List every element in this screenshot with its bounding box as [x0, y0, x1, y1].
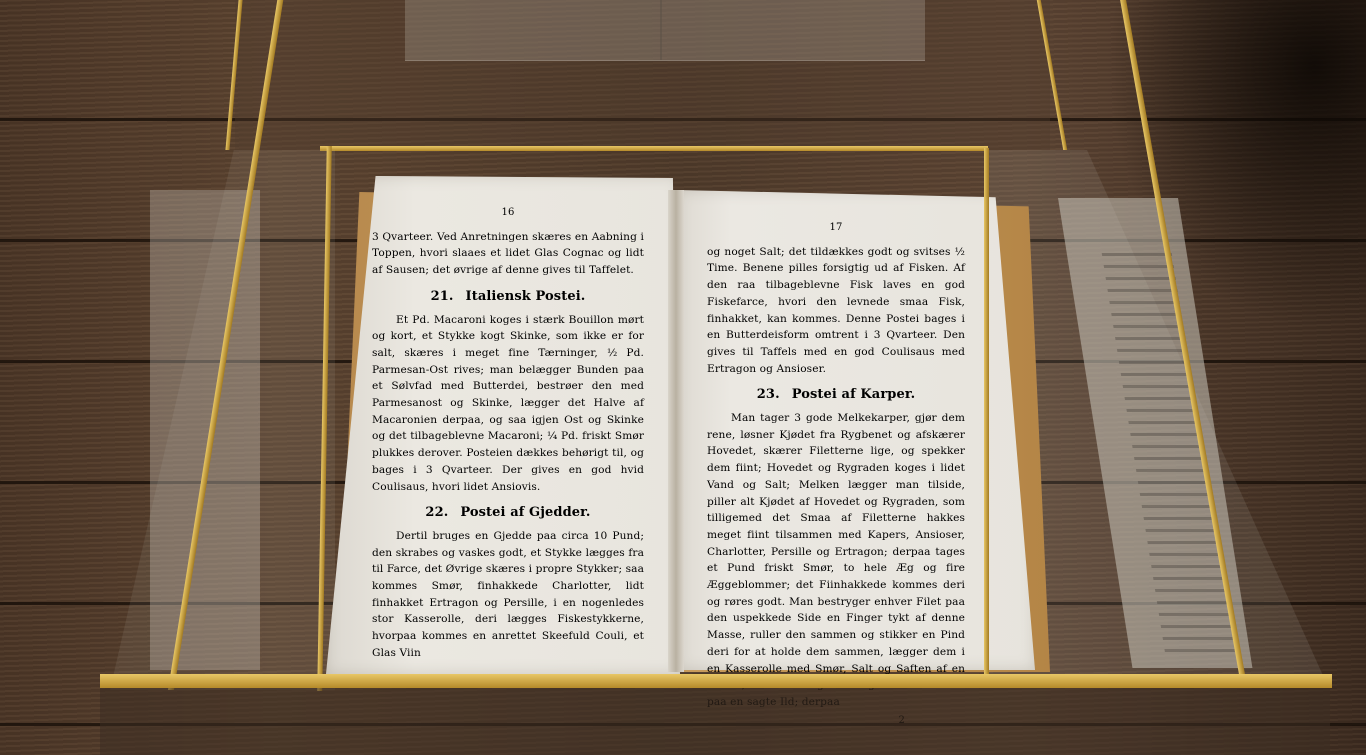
recipe-heading-21: 21.Italiensk Postei.: [372, 289, 644, 306]
recipe-number: 21.: [431, 289, 454, 304]
page-number-left: 16: [372, 205, 644, 222]
right-page-text: 17 og noget Salt; det tildækkes godt og …: [707, 220, 965, 729]
recipe-number: 22.: [425, 505, 448, 520]
brass-frame-back-rail: [320, 146, 988, 151]
recipe-body-21: Et Pd. Macaroni koges i stærk Bouillon m…: [372, 312, 644, 496]
recipe-number: 23.: [757, 387, 780, 402]
reflected-page-left: [150, 190, 260, 670]
brass-frame-post-inner-right: [984, 148, 989, 688]
recipe-heading-23: 23.Postei af Karper.: [707, 387, 965, 404]
left-page-text: 16 3 Qvarteer. Ved Anretningen skæres en…: [372, 205, 644, 662]
recipe-body-22: Dertil bruges en Gjedde paa circa 10 Pun…: [372, 528, 644, 662]
brass-frame-front-rail: [100, 674, 1332, 688]
recipe-heading-22: 22.Postei af Gjedder.: [372, 505, 644, 522]
continuation-text-right: og noget Salt; det tildækkes godt og svi…: [707, 244, 965, 378]
recipe-body-23: Man tager 3 gode Melkekarper, gjør dem r…: [707, 410, 965, 711]
recipe-title: Postei af Gjedder.: [460, 505, 590, 520]
recipe-title: Italiensk Postei.: [466, 289, 586, 304]
glass-case-front-panel: [100, 688, 1330, 755]
continuation-text-left: 3 Qvarteer. Ved Anretningen skæres en Aa…: [372, 229, 644, 279]
page-number-right: 17: [707, 220, 965, 237]
book-gutter: [668, 190, 684, 672]
glass-reflection-of-book: [405, 0, 925, 61]
recipe-title: Postei af Karper.: [792, 387, 916, 402]
